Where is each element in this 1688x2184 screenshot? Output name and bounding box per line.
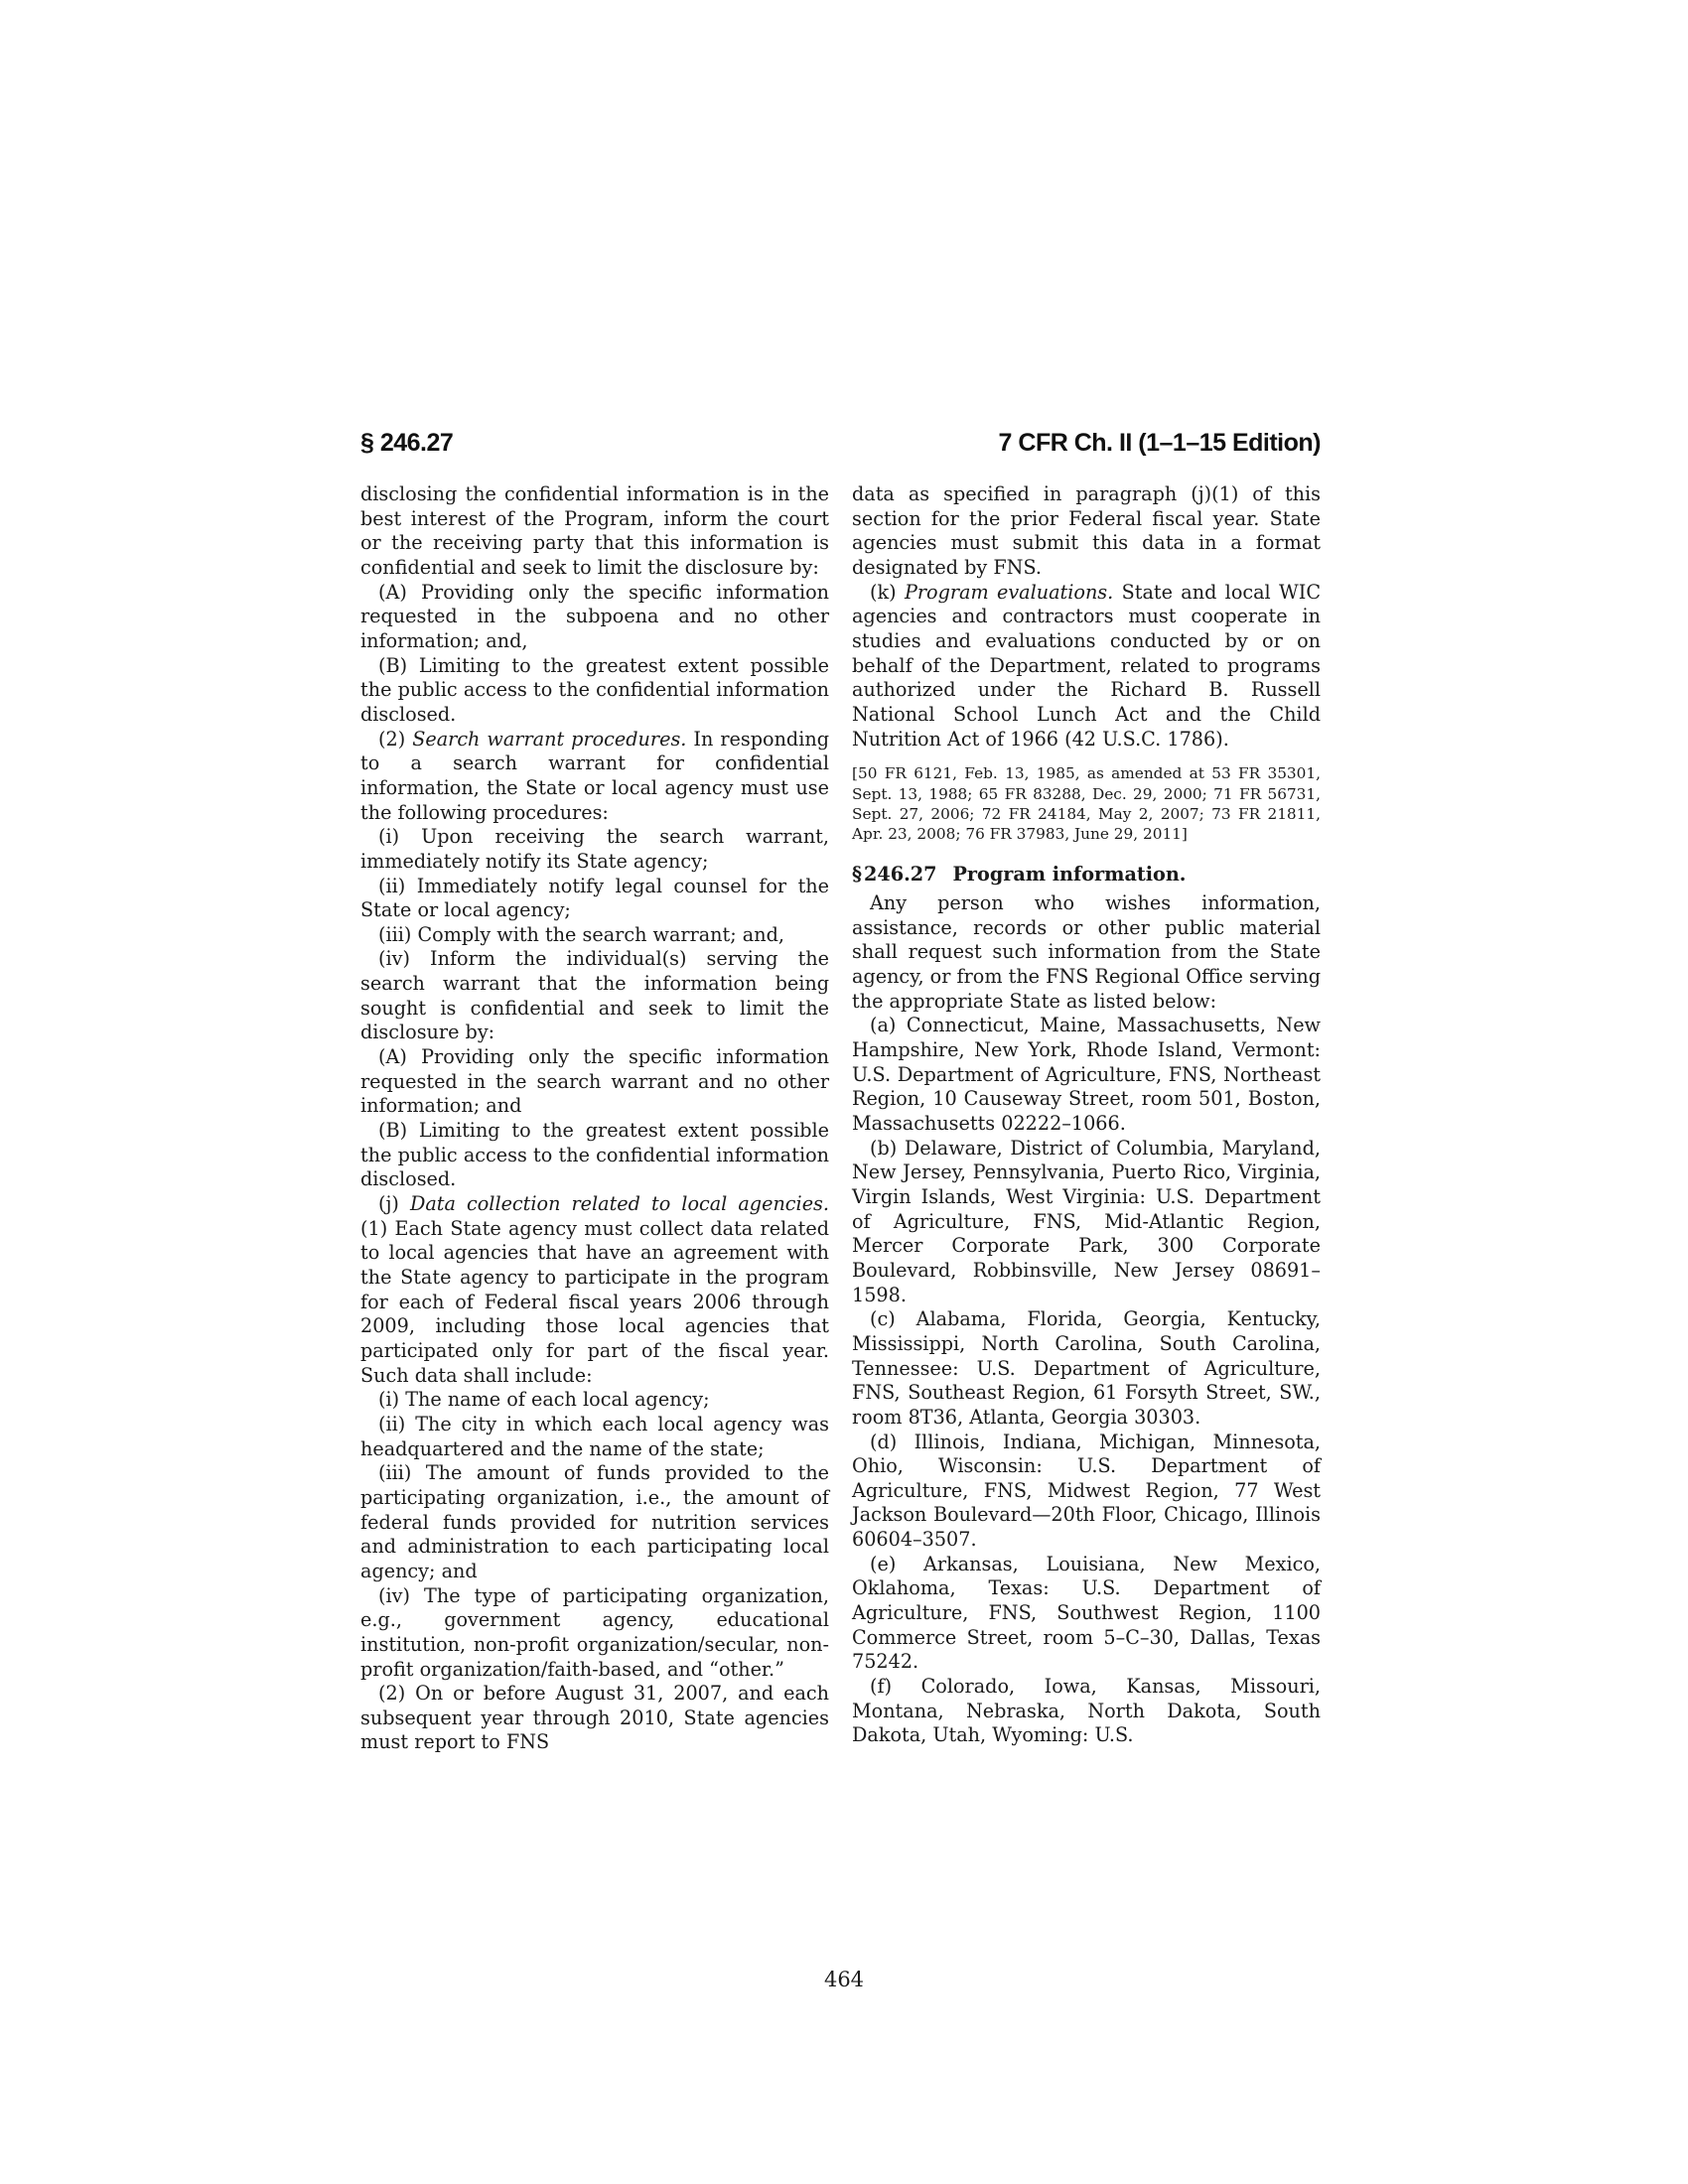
paragraph-region-southeast: (c) Alabama, Florida, Georgia, Kentucky,… xyxy=(852,1307,1321,1430)
paragraph-label: (k) xyxy=(870,581,905,604)
paragraph-heading: Program evaluations. xyxy=(905,581,1113,604)
paragraph-region-southwest: (e) Arkansas, Louisiana, New Mexico, Okl… xyxy=(852,1553,1321,1675)
paragraph-program-evaluations: (k) Program evaluations. State and local… xyxy=(852,581,1321,752)
paragraph-search-warrant: (2) Search warrant procedures. In respon… xyxy=(360,728,829,826)
paragraph: (i) Upon receiving the search warrant, i… xyxy=(360,825,829,874)
section-number: 246.27 xyxy=(864,863,936,886)
header-section-number: § 246.27 xyxy=(360,429,453,458)
header-title: 7 CFR Ch. II (1–1–15 Edition) xyxy=(999,429,1321,458)
paragraph: (ii) Immediately notify legal counsel fo… xyxy=(360,875,829,923)
paragraph-text: (1) Each State agency must collect data … xyxy=(360,1217,829,1387)
paragraph-label: (2) xyxy=(378,728,412,751)
section-symbol: § xyxy=(852,863,862,886)
paragraph: disclosing the confidential information … xyxy=(360,482,829,581)
paragraph: (iv) The type of participating organizat… xyxy=(360,1584,829,1683)
paragraph-data-collection: (j) Data collection related to local age… xyxy=(360,1192,829,1388)
paragraph-label: (j) xyxy=(378,1192,410,1215)
paragraph-heading: Search warrant procedures. xyxy=(412,728,686,751)
paragraph-region-mountain-plains: (f) Colorado, Iowa, Kansas, Missouri, Mo… xyxy=(852,1675,1321,1748)
page-number: 464 xyxy=(0,1968,1688,1991)
section-title: Program information. xyxy=(952,863,1186,886)
running-header: § 246.27 7 CFR Ch. II (1–1–15 Edition) xyxy=(360,429,1321,465)
paragraph: (B) Limiting to the greatest extent poss… xyxy=(360,654,829,728)
paragraph: (B) Limiting to the greatest extent poss… xyxy=(360,1119,829,1192)
paragraph: (i) The name of each local agency; xyxy=(360,1388,829,1413)
source-citation: [50 FR 6121, Feb. 13, 1985, as amended a… xyxy=(852,763,1321,844)
left-column: disclosing the confidential information … xyxy=(360,482,829,1755)
paragraph: (iii) Comply with the search warrant; an… xyxy=(360,923,829,948)
paragraph: Any person who wishes information, assis… xyxy=(852,891,1321,1014)
paragraph-region-midwest: (d) Illinois, Indiana, Michigan, Minneso… xyxy=(852,1431,1321,1553)
paragraph: (iv) Inform the individual(s) serving th… xyxy=(360,947,829,1045)
paragraph-text: State and local WIC agencies and contrac… xyxy=(852,581,1321,751)
paragraph: (ii) The city in which each local agency… xyxy=(360,1413,829,1461)
paragraph: (A) Providing only the specific informat… xyxy=(360,1045,829,1119)
paragraph-region-mid-atlantic: (b) Delaware, District of Columbia, Mary… xyxy=(852,1137,1321,1308)
paragraph: (2) On or before August 31, 2007, and ea… xyxy=(360,1682,829,1755)
paragraph-region-northeast: (a) Connecticut, Maine, Massachusetts, N… xyxy=(852,1014,1321,1136)
paragraph: (iii) The amount of funds provided to th… xyxy=(360,1461,829,1583)
paragraph-heading: Data collection related to local agencie… xyxy=(410,1192,829,1215)
document-page: § 246.27 7 CFR Ch. II (1–1–15 Edition) d… xyxy=(0,0,1688,2184)
right-column: data as specified in paragraph (j)(1) of… xyxy=(852,482,1321,1748)
paragraph: data as specified in paragraph (j)(1) of… xyxy=(852,482,1321,581)
paragraph: (A) Providing only the specific informat… xyxy=(360,581,829,654)
section-heading: §246.27Program information. xyxy=(852,863,1321,887)
